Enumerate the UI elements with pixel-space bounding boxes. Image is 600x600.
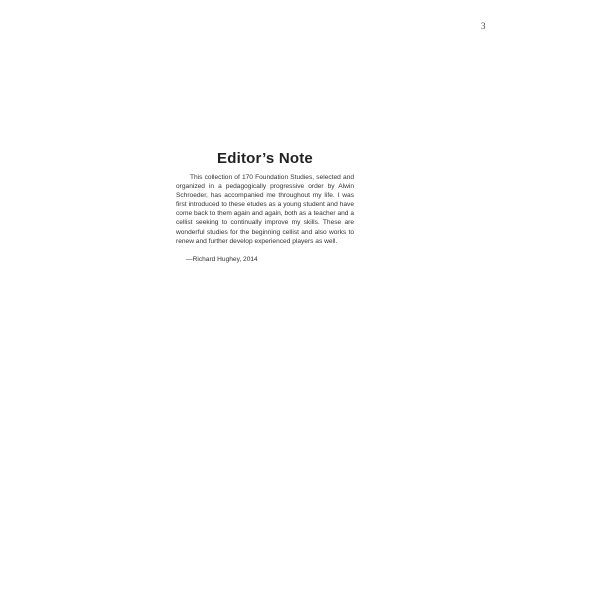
section-title: Editor’s Note xyxy=(176,150,354,167)
note-body: This collection of 170 Foundation Studie… xyxy=(176,173,354,246)
editors-note-section: Editor’s Note This collection of 170 Fou… xyxy=(176,150,354,263)
page-number: 3 xyxy=(481,21,486,31)
signature: —Richard Hughey, 2014 xyxy=(186,256,354,263)
